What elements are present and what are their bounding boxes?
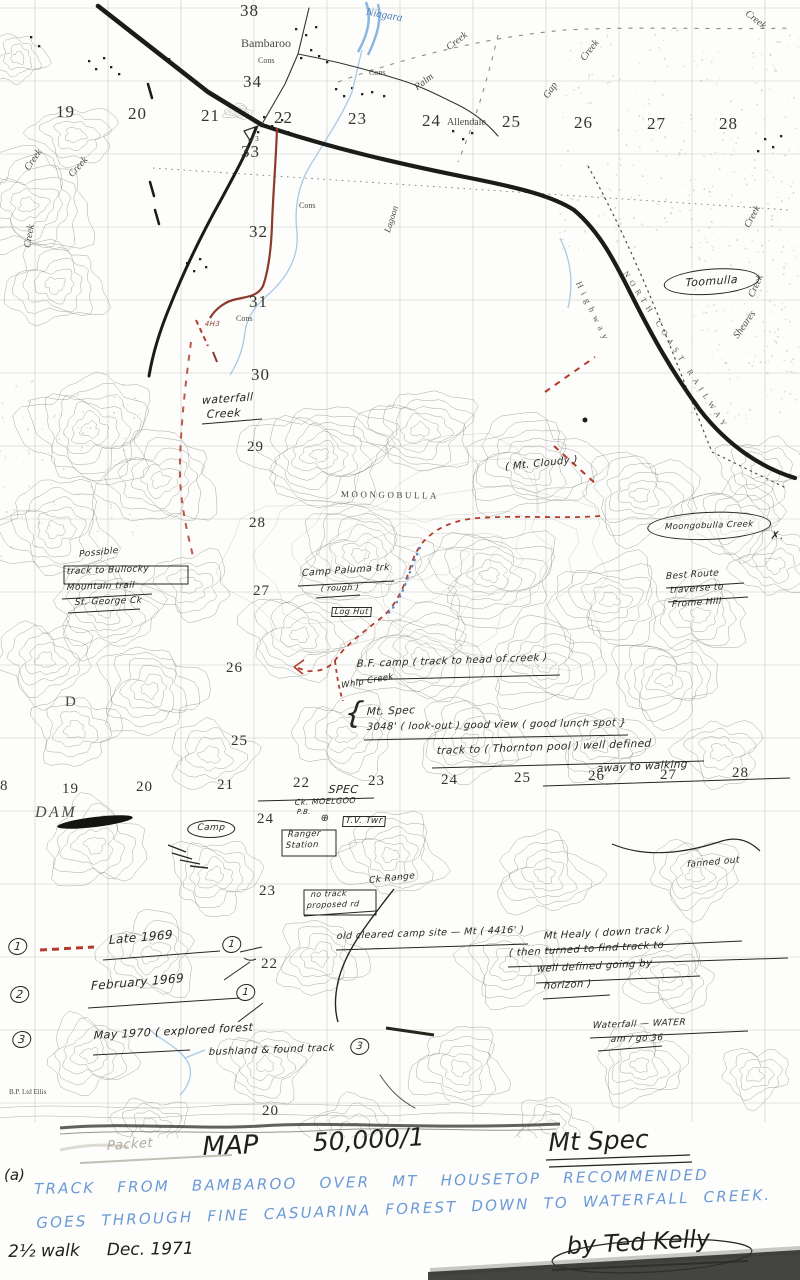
north-coast-railway-line bbox=[588, 166, 786, 488]
ink-strokes bbox=[57, 419, 790, 1277]
building-dots bbox=[30, 26, 782, 272]
grid-lines bbox=[0, 0, 800, 1122]
scanned-map-page: 383433.733231302928272625242322201920212… bbox=[0, 0, 800, 1280]
scan-smudge bbox=[428, 1246, 800, 1280]
red-route-marks bbox=[40, 128, 600, 950]
map-decoration-svg bbox=[0, 0, 800, 1280]
pencil-strokes bbox=[60, 1145, 232, 1163]
